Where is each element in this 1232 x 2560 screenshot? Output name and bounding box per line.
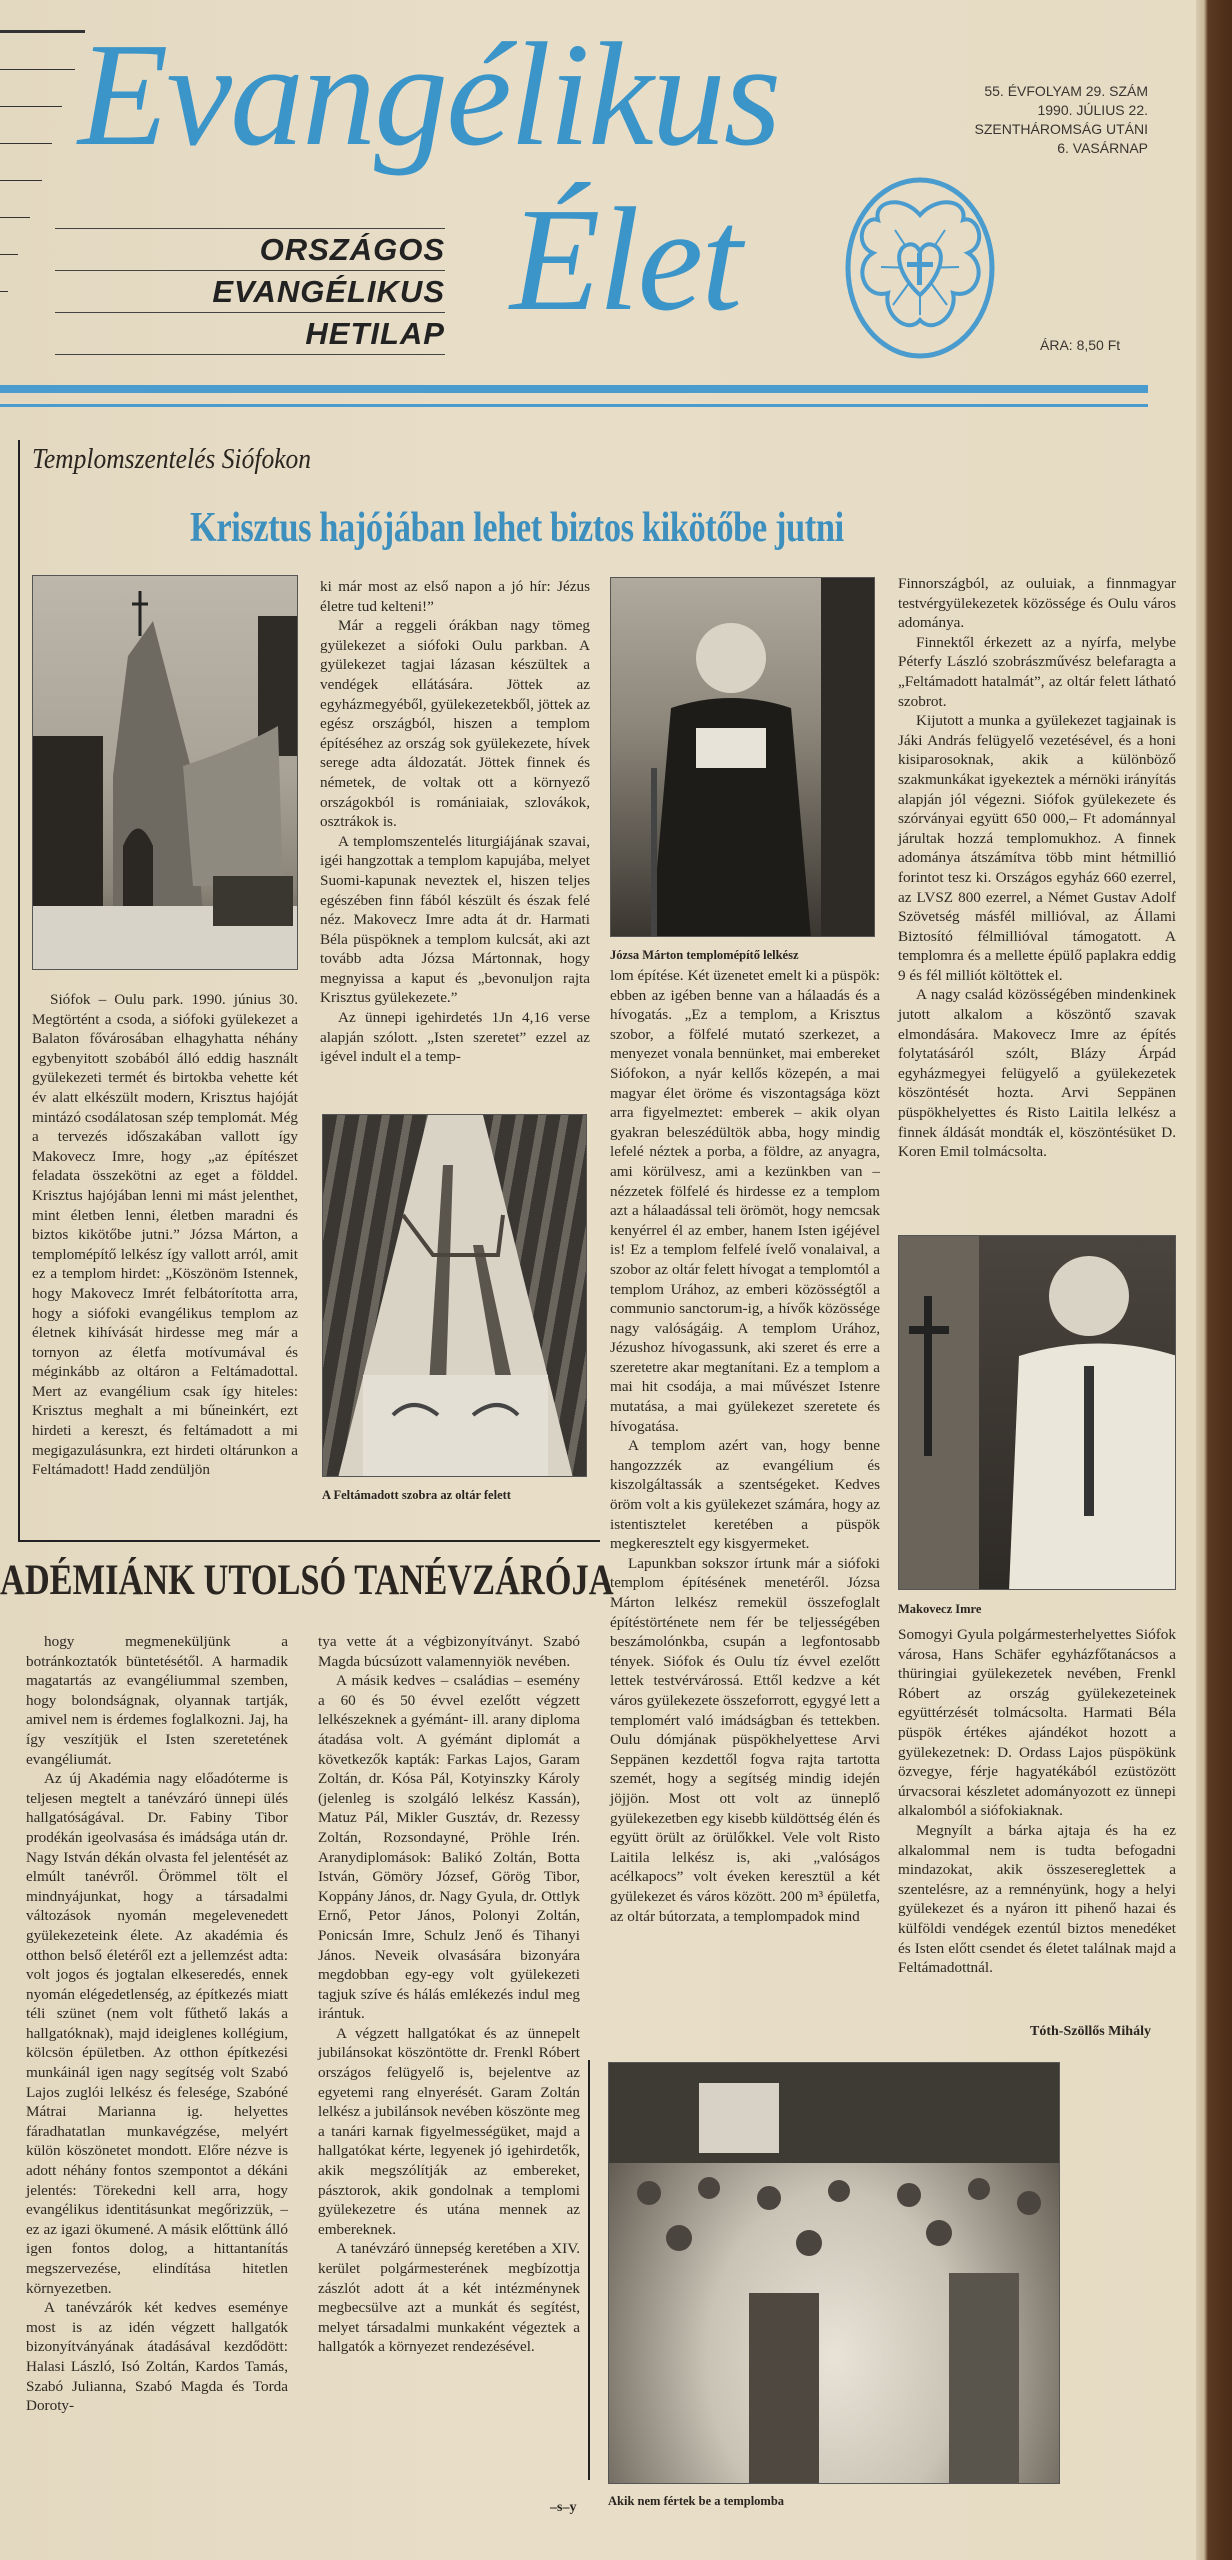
paragraph: A templomszentelés liturgiájának szavai,…: [320, 832, 590, 1008]
section-divider: [18, 1540, 600, 1542]
paragraph: Az ünnepi igehirdetés 1Jn 4,16 verse ala…: [320, 1008, 590, 1067]
paragraph: Megnyílt a bárka ajtaja és ha ez alkalom…: [898, 1821, 1176, 1978]
issue-sunday: SZENTHÁROMSÁG UTÁNI: [880, 120, 1148, 139]
article2-column-2: tya vette át a végbizonyítványt. Szabó M…: [318, 1632, 580, 2357]
article-author: –s–y: [550, 2500, 576, 2516]
paragraph: hogy megmeneküljünk a botránkoztatók bün…: [26, 1632, 288, 1769]
paragraph: Már a reggeli órákban nagy tömeg gyüleke…: [320, 616, 590, 832]
subtitle-line: HETILAP: [55, 312, 445, 355]
price: ÁRA: 8,50 Ft: [1040, 337, 1120, 353]
masthead-rule-thin: [0, 404, 1148, 407]
paragraph: lom építése. Két üzenetet emelt ki a püs…: [610, 966, 880, 1436]
article1-column-2: ki már most az első napon a jó hír: Jézu…: [320, 577, 590, 1067]
photo-caption: Akik nem fértek be a templomba: [608, 2494, 784, 2509]
paragraph: Finnektől érkezett az a nyírfa, melybe P…: [898, 633, 1176, 711]
issue-date: 1990. JÚLIUS 22.: [880, 101, 1148, 120]
article2-headline: ADÉMIÁNK UTOLSÓ TANÉVZÁRÓJA: [0, 1556, 614, 1605]
article-author: Tóth-Szöllős Mihály: [1030, 2024, 1151, 2040]
crowd-photo: [608, 2062, 1060, 2484]
paragraph: Siófok – Oulu park. 1990. június 30. Meg…: [32, 990, 298, 1480]
jozsa-marton-photo: [610, 577, 875, 937]
paragraph: ki már most az első napon a jó hír: Jézu…: [320, 577, 590, 616]
luther-rose-icon: [843, 175, 998, 362]
portrait-illustration: [899, 1236, 1176, 1590]
article1-column-1: Siófok – Oulu park. 1990. június 30. Meg…: [32, 990, 298, 1480]
subtitle-line: ORSZÁGOS: [55, 228, 445, 270]
photo-caption: A Feltámadott szobra az oltár felett: [322, 1488, 511, 1503]
column-divider: [18, 440, 20, 1540]
paragraph: A nagy család közösségében mindenkinek j…: [898, 985, 1176, 1161]
resurrection-statue-photo: [322, 1114, 587, 1477]
column-divider: [588, 2060, 590, 2480]
church-illustration: [33, 576, 298, 970]
church-exterior-photo: [32, 575, 298, 970]
article-headline: Krisztus hajójában lehet biztos kikötőbe…: [190, 504, 844, 552]
paragraph: A végzett hallgatókat és az ünnepelt jub…: [318, 2024, 580, 2240]
issue-volume: 55. ÉVFOLYAM 29. SZÁM: [880, 82, 1148, 101]
article1-column-4b: Somogyi Gyula polgármesterhelyettes Sióf…: [898, 1625, 1176, 1978]
paragraph: tya vette át a végbizonyítványt. Szabó M…: [318, 1632, 580, 1671]
paragraph: A tanévzáró ünnepség keretében a XIV. ke…: [318, 2239, 580, 2357]
issue-info: 55. ÉVFOLYAM 29. SZÁM 1990. JÚLIUS 22. S…: [880, 82, 1148, 158]
subtitle-line: EVANGÉLIKUS: [55, 270, 445, 312]
masthead-title-evangelikus: Evangélikus: [78, 20, 779, 170]
paragraph: A tanévzárók két kedves eseménye most is…: [26, 2298, 288, 2416]
paragraph: Finnországból, az ouluiak, a finnmagyar …: [898, 574, 1176, 633]
masthead-rule: [0, 385, 1148, 393]
masthead-title-elet: Élet: [510, 185, 740, 335]
article1-column-4: Finnországból, az ouluiak, a finnmagyar …: [898, 574, 1176, 1162]
paragraph: Somogyi Gyula polgármesterhelyettes Sióf…: [898, 1625, 1176, 1821]
crowd-illustration: [609, 2063, 1060, 2484]
article2-column-1: hogy megmeneküljünk a botránkoztatók bün…: [26, 1632, 288, 2416]
masthead-subtitle: ORSZÁGOS EVANGÉLIKUS HETILAP: [55, 228, 445, 355]
newspaper-page: Evangélikus Élet ORSZÁGOS EVANGÉLIKUS HE…: [0, 0, 1196, 2560]
issue-sunday-number: 6. VASÁRNAP: [880, 139, 1148, 158]
portrait-illustration: [611, 578, 875, 937]
statue-illustration: [323, 1115, 587, 1477]
article-kicker: Templomszentelés Siófokon: [32, 443, 311, 476]
book-binding: [1196, 0, 1232, 2560]
article1-column-3: lom építése. Két üzenetet emelt ki a püs…: [610, 966, 880, 1926]
paragraph: A templom azért van, hogy benne hangozzz…: [610, 1436, 880, 1554]
paragraph: Kijutott a munka a gyülekezet tagjainak …: [898, 711, 1176, 985]
photo-caption: Makovecz Imre: [898, 1602, 981, 1617]
photo-caption: Józsa Márton templomépítő lelkész: [610, 948, 799, 963]
makovecz-imre-photo: [898, 1235, 1176, 1590]
paragraph: Az új Akadémia nagy előadóterme is telje…: [26, 1769, 288, 2298]
paragraph: A másik kedves – családias – esemény a 6…: [318, 1671, 580, 2024]
paragraph: Lapunkban sokszor írtunk már a siófoki t…: [610, 1554, 880, 1926]
